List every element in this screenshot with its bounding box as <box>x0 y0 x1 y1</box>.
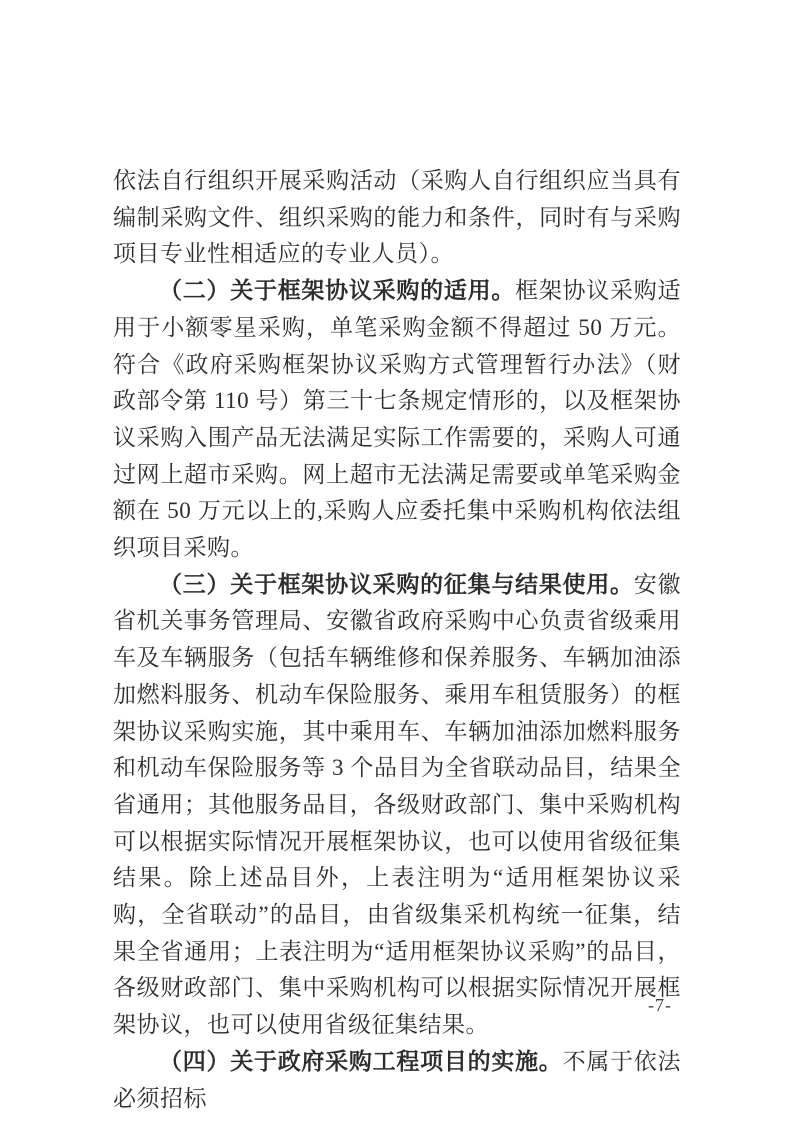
paragraph-heading: （四）关于政府采购工程项目的实施。 <box>159 1049 563 1074</box>
paragraph-text: 依法自行组织开展采购活动（采购人自行组织应当具有编制采购文件、组织采购的能力和条… <box>113 168 681 266</box>
document-page: 依法自行组织开展采购活动（采购人自行组织应当具有编制采购文件、组织采购的能力和条… <box>0 0 793 1121</box>
paragraph: 依法自行组织开展采购活动（采购人自行组织应当具有编制采购文件、组织采购的能力和条… <box>113 163 681 273</box>
paragraph: （三）关于框架协议采购的征集与结果使用。安徽省机关事务管理局、安徽省政府采购中心… <box>113 567 681 1044</box>
paragraph-heading: （二）关于框架协议采购的适用。 <box>159 278 515 303</box>
paragraph: （二）关于框架协议采购的适用。框架协议采购适用于小额零星采购，单笔采购金额不得超… <box>113 273 681 567</box>
paragraph: （四）关于政府采购工程项目的实施。不属于依法必须招标 <box>113 1044 681 1117</box>
page-number: -7- <box>648 995 672 1016</box>
paragraph-heading: （三）关于框架协议采购的征集与结果使用。 <box>159 572 634 597</box>
document-body: 依法自行组织开展采购活动（采购人自行组织应当具有编制采购文件、组织采购的能力和条… <box>113 163 681 1117</box>
paragraph-text: 安徽省机关事务管理局、安徽省政府采购中心负责省级乘用车及车辆服务（包括车辆维修和… <box>113 572 681 1037</box>
paragraph-text: 框架协议采购适用于小额零星采购，单笔采购金额不得超过 50 万元。符合《政府采购… <box>113 278 681 560</box>
